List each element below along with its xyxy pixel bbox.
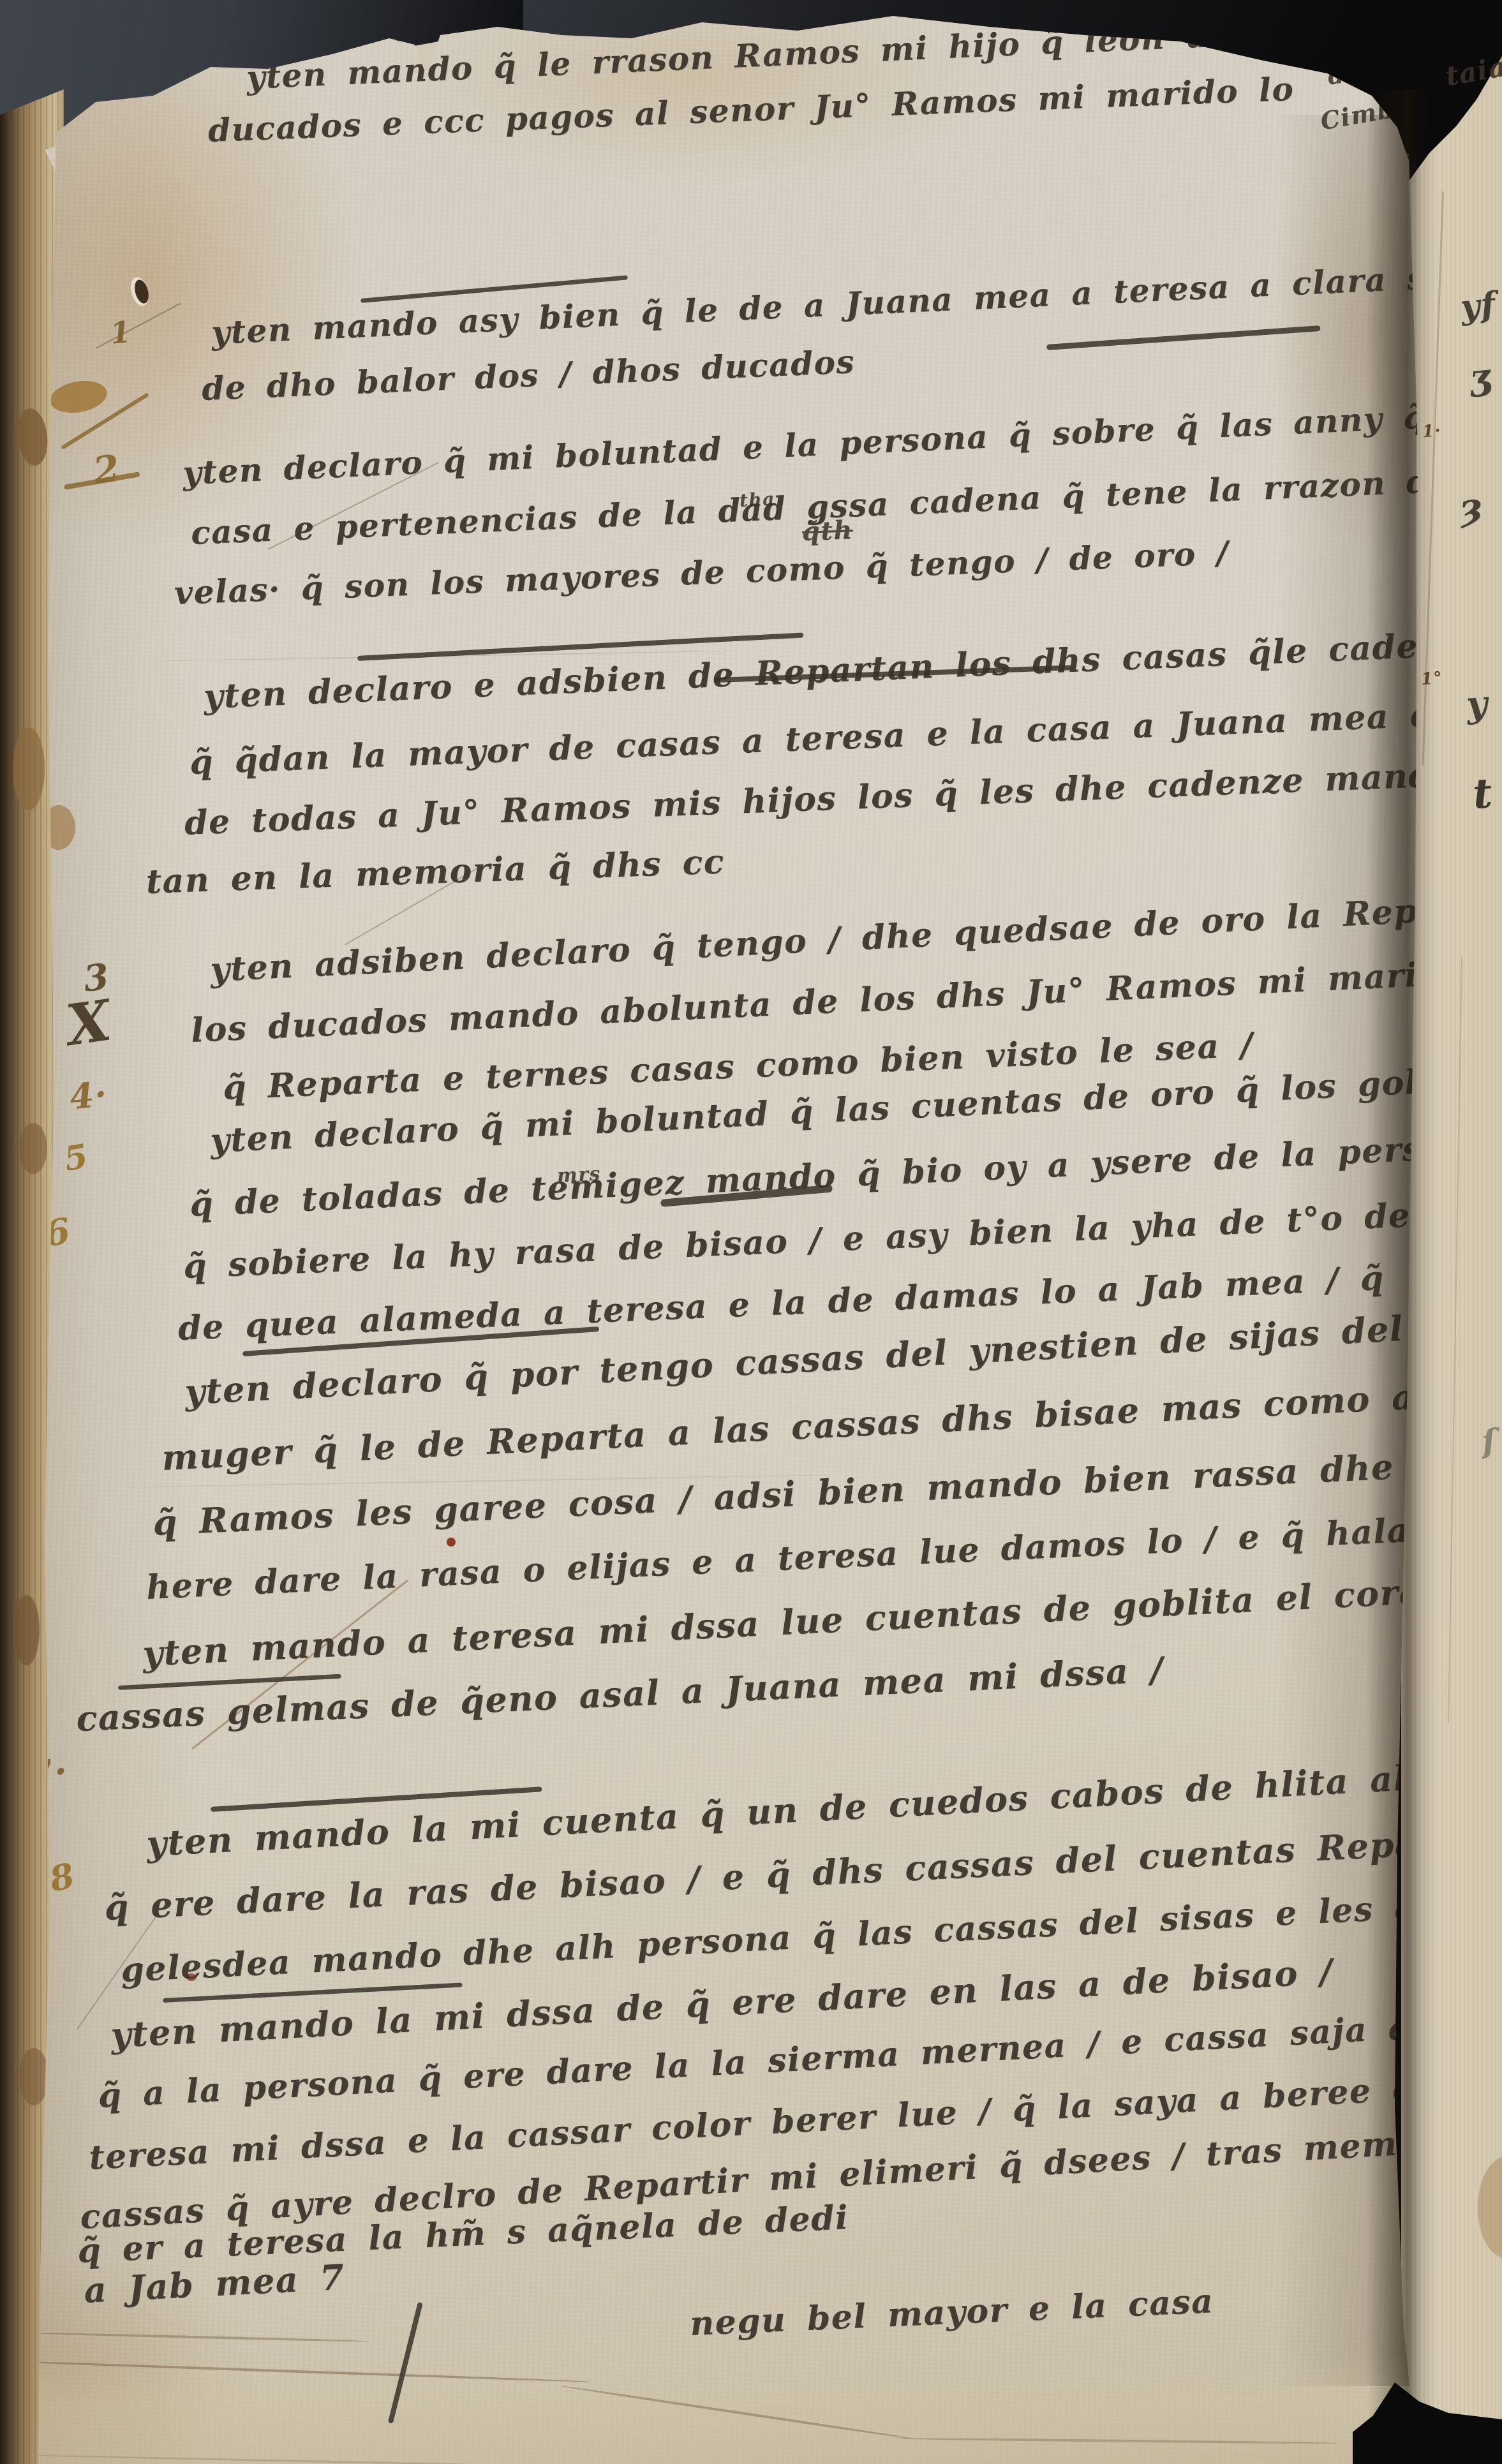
margin-numbers-layer: 123X4·567·8 [0, 0, 1502, 2464]
adjacent-page-text-fragment: ȝ [1457, 484, 1485, 529]
margin-item-number: 8 [46, 1855, 79, 1900]
adjacent-page-text-fragment: y [1465, 683, 1490, 726]
margin-item-number: 4· [68, 1073, 110, 1118]
margin-item-number: 5 [61, 1136, 92, 1179]
adjacent-page-text-fragment: t [1471, 769, 1494, 819]
adjacent-page-text-fragment: yf [1459, 285, 1498, 327]
adjacent-page-text-fragment: taia [1443, 50, 1502, 92]
photograph-open-manuscript-book: taiayfʒȝyt1·1°ſ [0, 0, 1502, 2464]
margin-item-number: X [63, 986, 116, 1058]
gutter-shadow [1367, 89, 1437, 2464]
margin-item-number: 2 [91, 446, 123, 493]
manuscript-page: yten mando q̃ le rrason Ramos mi hijo q̃… [0, 0, 1502, 2464]
margin-item-number: 1 [108, 314, 133, 350]
adjacent-page-text-fragment: ſ [1480, 1421, 1498, 1460]
adjacent-page-text-fragment: ʒ [1468, 355, 1493, 399]
